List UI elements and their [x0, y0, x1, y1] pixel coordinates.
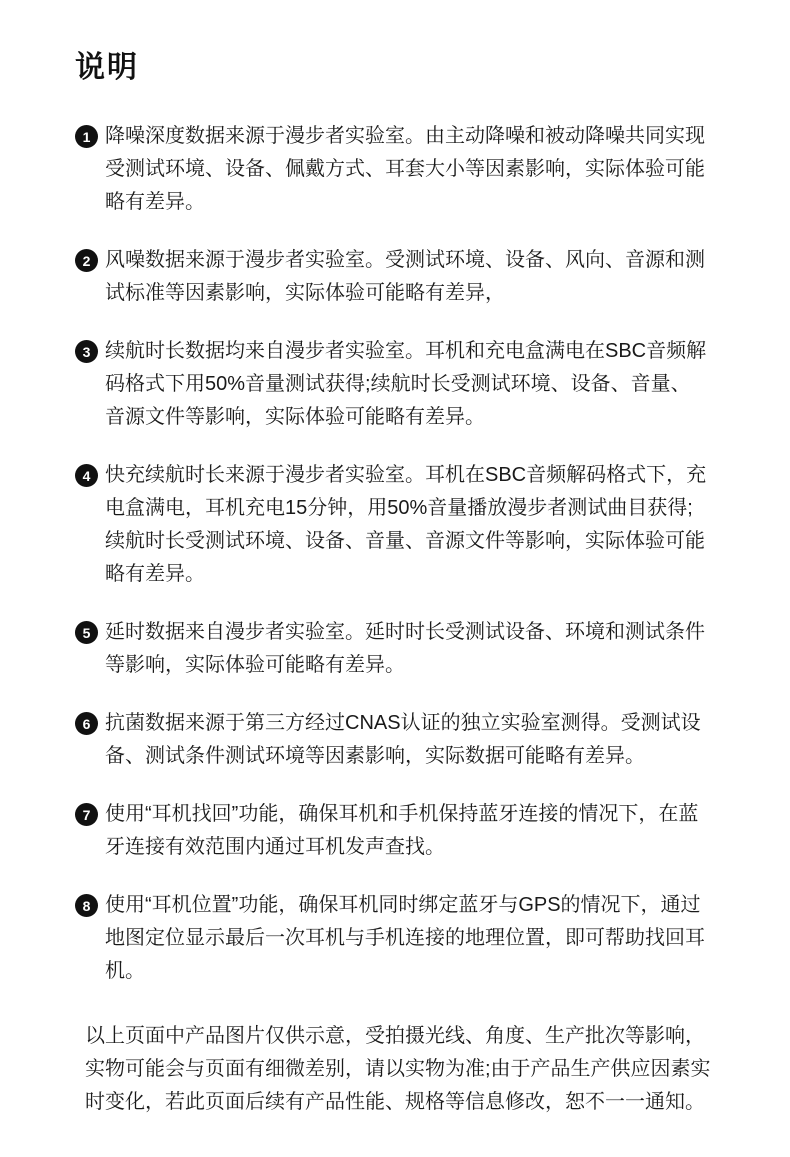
note-item-2: 2 风噪数据来源于漫步者实验室。受测试环境、设备、风向、音源和测 试标准等因素影… — [75, 244, 720, 310]
note-text: 快充续航时长来源于漫步者实验室。耳机在SBC音频解码格式下，充 电盒满电，耳机充… — [105, 459, 706, 591]
note-item-3: 3 续航时长数据均来自漫步者实验室。耳机和充电盒满电在SBC音频解 码格式下用5… — [75, 335, 720, 434]
note-item-6: 6 抗菌数据来源于第三方经过CNAS认证的独立实验室测得。受测试设 备、测试条件… — [75, 707, 720, 773]
note-text: 使用“耳机找回”功能，确保耳机和手机保持蓝牙连接的情况下，在蓝 牙连接有效范围内… — [105, 798, 698, 864]
note-text: 风噪数据来源于漫步者实验室。受测试环境、设备、风向、音源和测 试标准等因素影响，… — [105, 244, 705, 310]
note-number-badge: 1 — [75, 125, 98, 148]
note-item-7: 7 使用“耳机找回”功能，确保耳机和手机保持蓝牙连接的情况下，在蓝 牙连接有效范… — [75, 798, 720, 864]
note-number-badge: 2 — [75, 249, 98, 272]
note-text: 降噪深度数据来源于漫步者实验室。由主动降噪和被动降噪共同实现 受测试环境、设备、… — [105, 120, 705, 219]
notes-list: 1 降噪深度数据来源于漫步者实验室。由主动降噪和被动降噪共同实现 受测试环境、设… — [75, 120, 720, 988]
note-number-badge: 5 — [75, 621, 98, 644]
note-number-badge: 3 — [75, 340, 98, 363]
note-number-badge: 7 — [75, 803, 98, 826]
note-item-5: 5 延时数据来自漫步者实验室。延时时长受测试设备、环境和测试条件 等影响，实际体… — [75, 616, 720, 682]
note-text: 延时数据来自漫步者实验室。延时时长受测试设备、环境和测试条件 等影响，实际体验可… — [105, 616, 705, 682]
note-text: 使用“耳机位置”功能，确保耳机同时绑定蓝牙与GPS的情况下，通过 地图定位显示最… — [105, 889, 705, 988]
note-text: 续航时长数据均来自漫步者实验室。耳机和充电盒满电在SBC音频解 码格式下用50%… — [105, 335, 706, 434]
page-title: 说明 — [75, 42, 720, 86]
note-number-badge: 8 — [75, 894, 98, 917]
note-item-4: 4 快充续航时长来源于漫步者实验室。耳机在SBC音频解码格式下，充 电盒满电，耳… — [75, 459, 720, 591]
note-text: 抗菌数据来源于第三方经过CNAS认证的独立实验室测得。受测试设 备、测试条件测试… — [105, 707, 701, 773]
note-item-8: 8 使用“耳机位置”功能，确保耳机同时绑定蓝牙与GPS的情况下，通过 地图定位显… — [75, 889, 720, 988]
note-item-1: 1 降噪深度数据来源于漫步者实验室。由主动降噪和被动降噪共同实现 受测试环境、设… — [75, 120, 720, 219]
note-number-badge: 6 — [75, 712, 98, 735]
note-number-badge: 4 — [75, 464, 98, 487]
notes-page: 说明 1 降噪深度数据来源于漫步者实验室。由主动降噪和被动降噪共同实现 受测试环… — [0, 0, 790, 1157]
footer-disclaimer: 以上页面中产品图片仅供示意，受拍摄光线、角度、生产批次等影响， 实物可能会与页面… — [85, 1020, 720, 1119]
